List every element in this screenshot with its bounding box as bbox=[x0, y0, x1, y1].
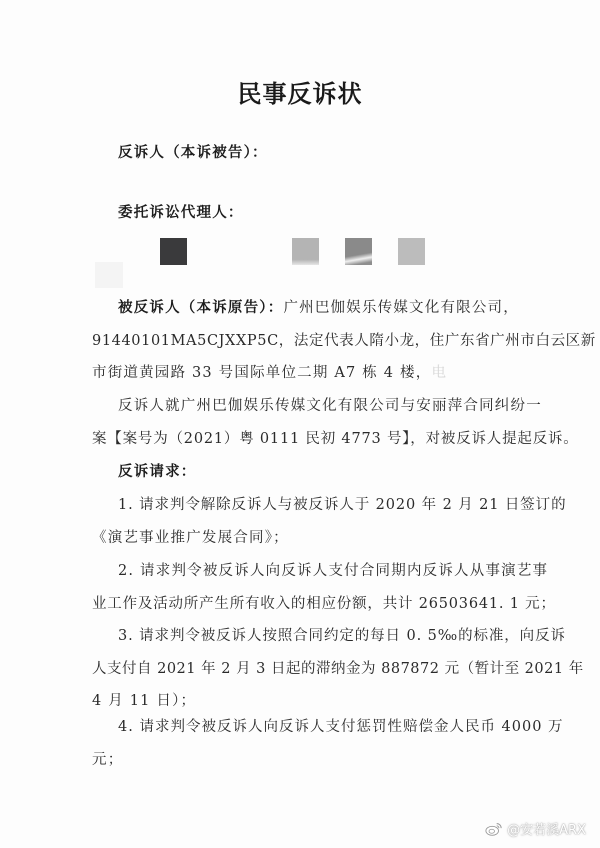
claim-1-line-2: 《演艺事业推广发展合同》； bbox=[92, 528, 289, 548]
redaction-block bbox=[160, 238, 187, 265]
respondent-line-2: 91440101MA5CJXXP5C，法定代表人隋小龙，住广东省广州市白云区新 bbox=[92, 331, 596, 351]
document-page: 民事反诉状 反诉人（本诉被告）： 委托诉讼代理人： 被反诉人（本诉原告）：广州巴… bbox=[0, 0, 600, 848]
weibo-icon bbox=[485, 821, 503, 837]
claim-1-line-1: 1. 请求判令解除反诉人与被反诉人于 2020 年 2 月 21 日签订的 bbox=[118, 495, 566, 515]
document-title: 民事反诉状 bbox=[0, 74, 600, 109]
claim-2-line-2: 业工作及活动所产生所有收入的相应份额，共计 26503641. 1 元； bbox=[92, 594, 556, 614]
claim-4-line-1: 4. 请求判令被反诉人向反诉人支付惩罚性赔偿金人民币 4000 万 bbox=[118, 717, 564, 737]
redaction-block bbox=[292, 238, 319, 265]
agent-label: 委托诉讼代理人： bbox=[118, 203, 244, 223]
claim-3-line-1: 3. 请求判令被反诉人按照合同约定的每日 0. 5‰的标准，向反诉 bbox=[118, 626, 566, 646]
claims-heading: 反诉请求： bbox=[118, 462, 197, 482]
respondent-line-1: 被反诉人（本诉原告）：广州巴伽娱乐传媒文化有限公司， bbox=[118, 298, 519, 318]
redaction-smudge bbox=[95, 262, 123, 288]
counter-claimant-label: 反诉人（本诉被告）： bbox=[118, 143, 268, 163]
intro-line-1: 反诉人就广州巴伽娱乐传媒文化有限公司与安丽萍合同纠纷一 bbox=[118, 396, 542, 416]
respondent-redacted-tail: 电 bbox=[431, 365, 447, 381]
redaction-block bbox=[398, 238, 425, 265]
respondent-line-3: 市街道黄园路 33 号国际单位二期 A7 栋 4 楼，电 bbox=[92, 363, 447, 383]
respondent-address: 市街道黄园路 33 号国际单位二期 A7 栋 4 楼， bbox=[92, 365, 431, 381]
claim-3-line-3: 4 月 11 日）； bbox=[92, 691, 196, 711]
respondent-company: 广州巴伽娱乐传媒文化有限公司， bbox=[283, 300, 519, 316]
watermark-text: @安若溪ARX bbox=[507, 819, 586, 838]
claim-3-line-2: 人支付自 2021 年 2 月 3 日起的滞纳金为 887872 元（暂计至 2… bbox=[92, 659, 584, 679]
redaction-block bbox=[345, 238, 372, 265]
intro-line-2: 案【案号为（2021）粤 0111 民初 4773 号】，对被反诉人提起反诉。 bbox=[92, 429, 579, 449]
respondent-label: 被反诉人（本诉原告）： bbox=[118, 300, 283, 316]
claim-2-line-1: 2. 请求判令被反诉人向反诉人支付合同期内反诉人从事演艺事 bbox=[118, 561, 548, 581]
claim-4-line-2: 元； bbox=[92, 750, 123, 770]
weibo-watermark: @安若溪ARX bbox=[485, 819, 586, 838]
